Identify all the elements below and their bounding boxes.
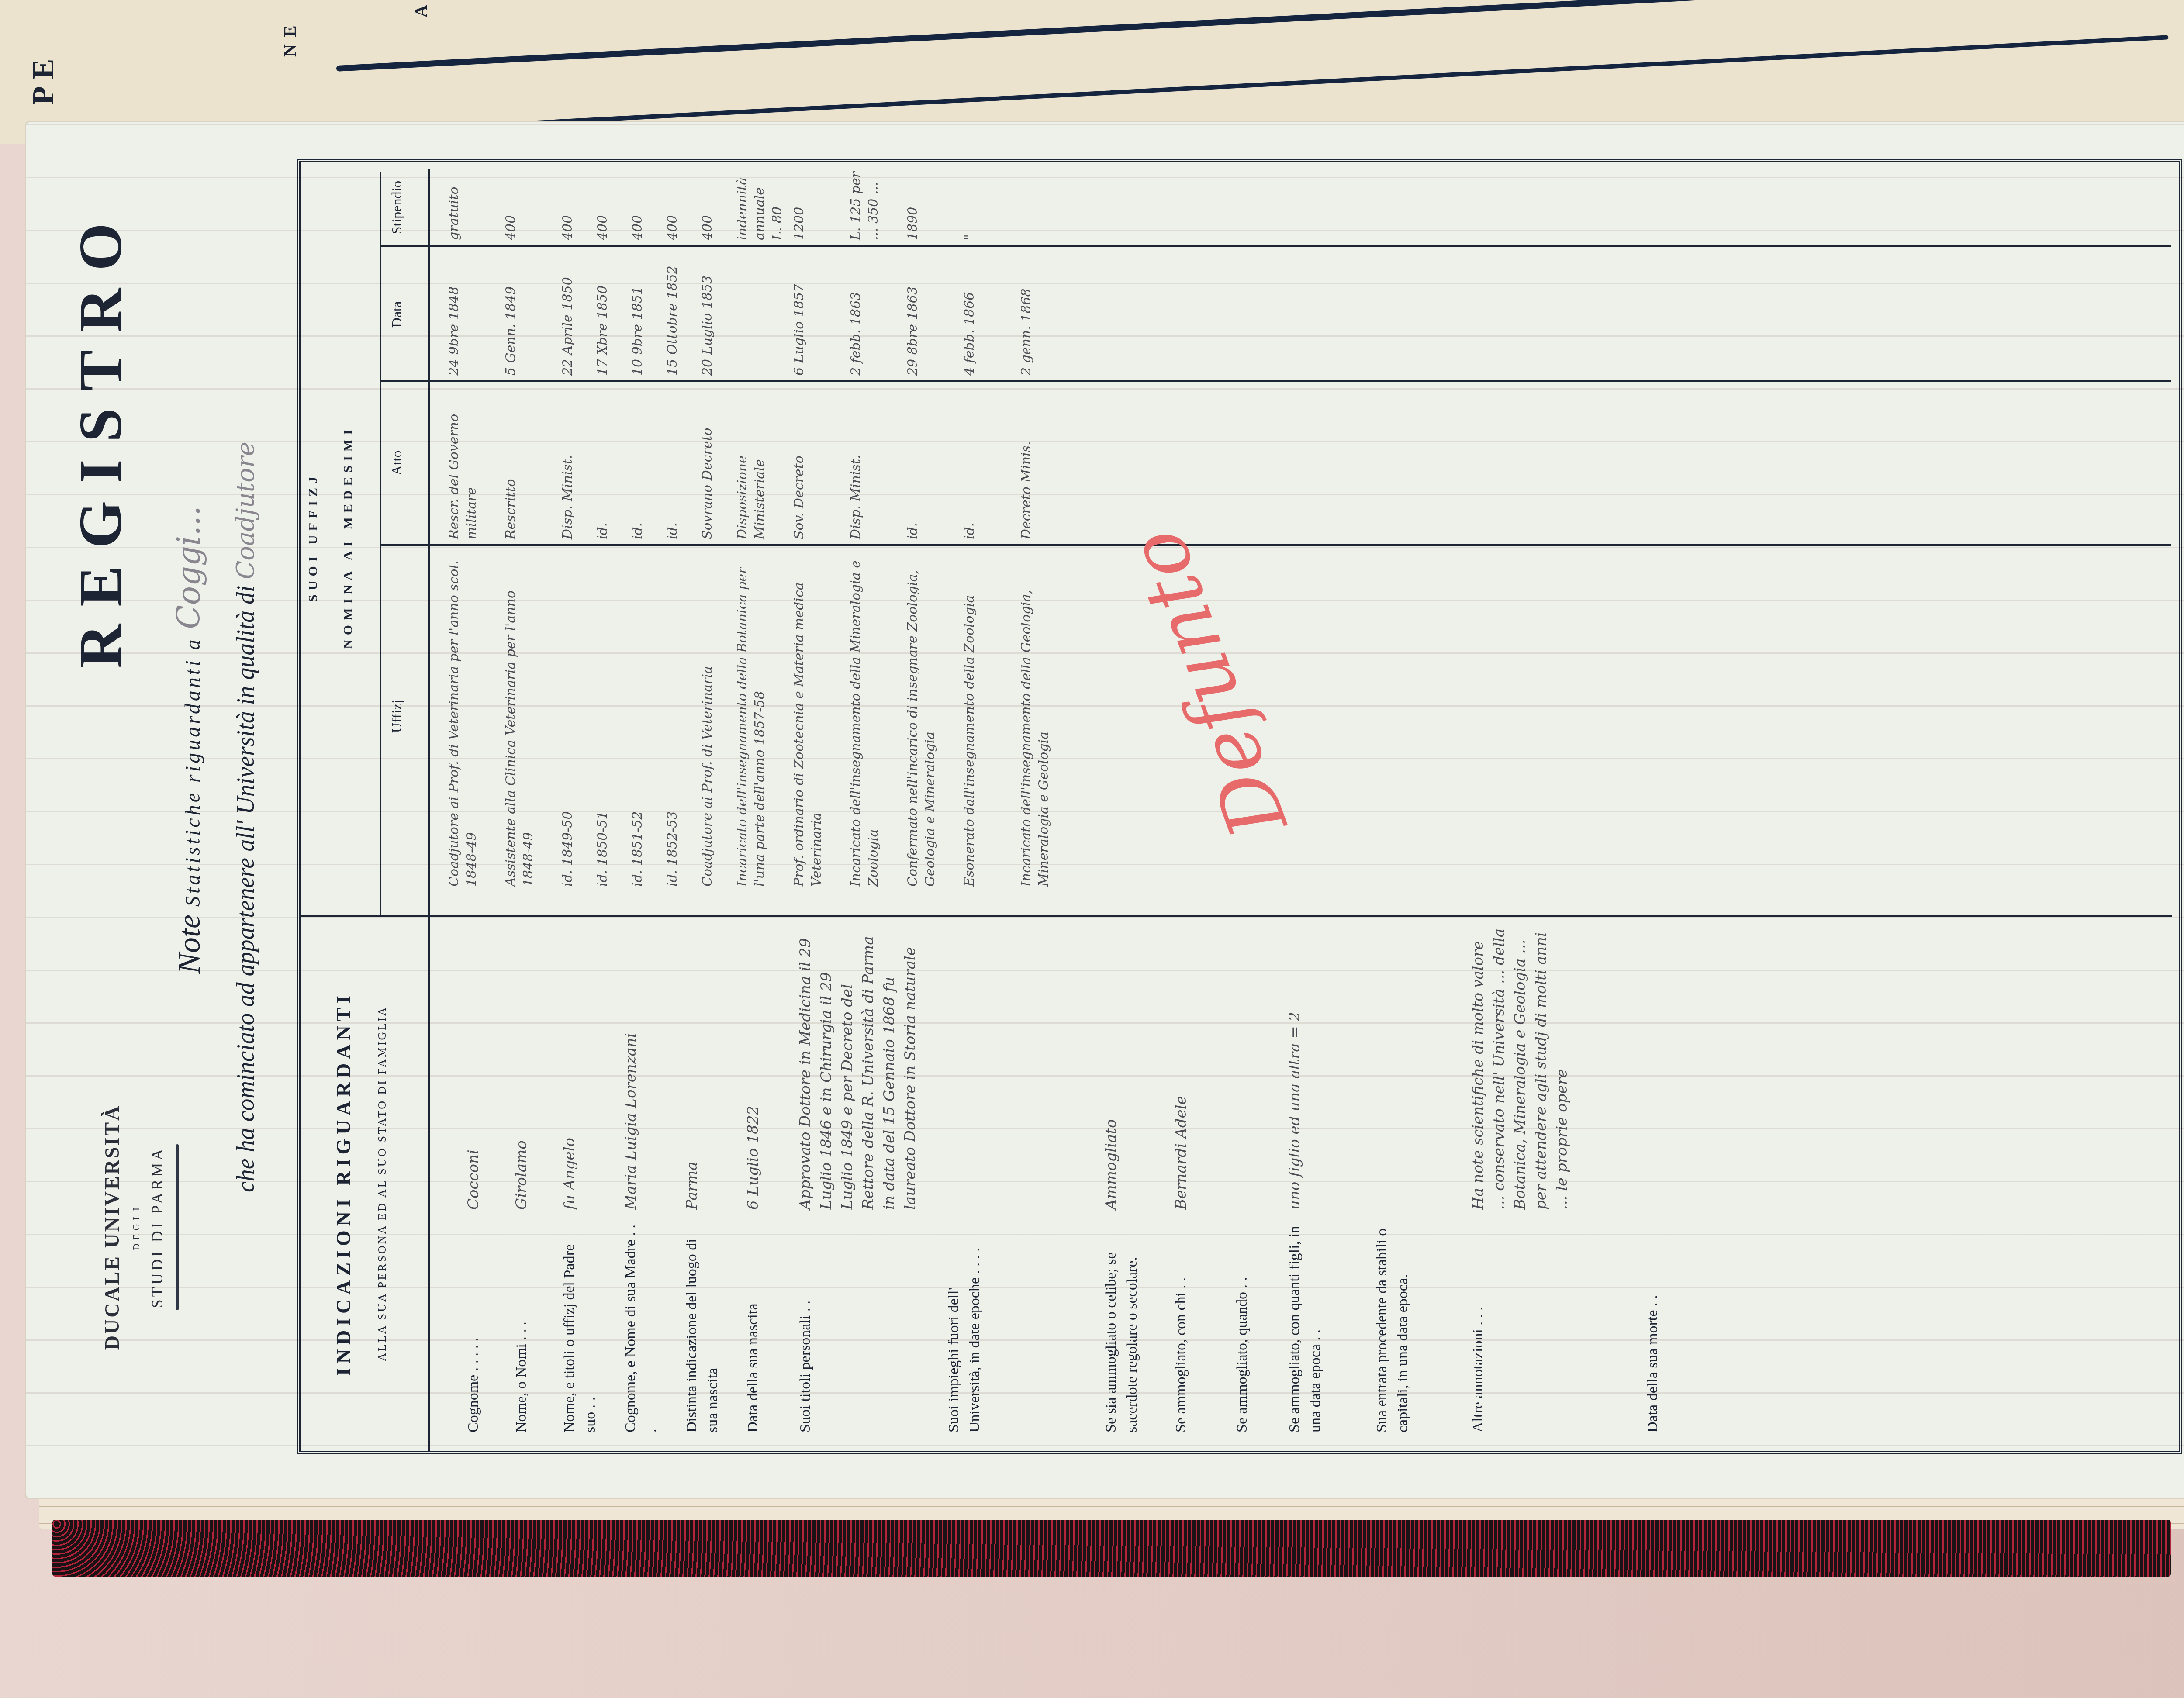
column-data: Data	[389, 249, 405, 380]
personal-field-label: Nome, e titoli o uffizj del Padre suo . …	[559, 1223, 601, 1432]
appointment-date: 10 9bre 1851	[629, 249, 646, 376]
personal-field-value: Cocconi	[463, 926, 484, 1210]
appointment-office: Assistente alla Clinica Veterinaria per …	[502, 555, 537, 887]
col-rule	[380, 544, 2171, 546]
institution-line3: STUDI DI PARMA	[148, 1009, 166, 1446]
personal-field-label: Data della sua morte . .	[1642, 1223, 1663, 1432]
facing-rule	[336, 0, 2169, 72]
appointment-act: id.	[664, 387, 681, 539]
appointment-salary: 400	[699, 170, 716, 240]
facing-title-fragment: PE	[26, 52, 61, 105]
personal-field-value: Approvato Dottore in Medicina il 29 Lugl…	[795, 926, 921, 1210]
personal-field-value: Girolamo	[511, 926, 532, 1210]
personal-field-label: Suoi titoli personali . .	[795, 1223, 816, 1432]
register-title: REGISTRO	[66, 206, 136, 668]
appointment-salary: L. 125 per ... 350 ...	[847, 170, 882, 240]
appointment-act: Decreto Minis.	[1018, 387, 1035, 539]
personal-field-label: Sua entrata procedente da stabili o capi…	[1372, 1223, 1413, 1432]
personal-field-label: Distinta indicazione del luogo di sua na…	[681, 1223, 723, 1432]
appointment-office: Prof. ordinario di Zootecnia e Materia m…	[791, 555, 826, 887]
appointment-act: Rescr. del Governo militare	[446, 387, 480, 539]
appointment-date: 5 Genn. 1849	[502, 249, 520, 376]
personal-field-value: Maria Luigia Lorenzani	[620, 926, 641, 1210]
col-head-rule	[380, 172, 381, 915]
appointment-act: Sovrano Decreto	[699, 387, 716, 539]
header-rule	[176, 1144, 179, 1310]
appointment-date: 2 genn. 1868	[1018, 249, 1035, 376]
institution-line2: DEGLI	[131, 1009, 142, 1446]
personal-field-label: Data della sua nascita	[743, 1223, 764, 1432]
column-stipendio: Stipendio	[389, 170, 405, 245]
appointment-date: 15 Ottobre 1852	[664, 249, 681, 376]
appointment-act: Disp. Minist.	[847, 387, 865, 539]
personal-field-value: uno figlio ed una altra = 2	[1284, 926, 1305, 1210]
facing-column-fragment: A	[411, 0, 431, 17]
appointment-salary: 1200	[791, 170, 808, 240]
personal-field-value: Ha note scientifiche di molto valore ...…	[1468, 926, 1572, 1210]
appointment-salary: 1890	[904, 170, 922, 240]
section-divider	[301, 915, 2172, 917]
appointment-office: Coadjutore ai Prof. di Veterinaria	[699, 555, 716, 887]
personal-field-label: Cognome . . . . .	[463, 1223, 484, 1432]
facing-rule	[336, 35, 2169, 135]
subtitle-rest: Statistiche riguardanti a	[181, 637, 204, 907]
personal-field-label: Nome, o Nomi . . .	[511, 1223, 532, 1432]
personal-field-value: fu Angelo	[559, 926, 580, 1210]
personal-field-label: Cognome, e Nome di sua Madre . . .	[620, 1223, 662, 1432]
appointment-salary: "	[961, 170, 978, 240]
appointment-office: Confermato nell'incarico di insegnare Zo…	[904, 555, 939, 887]
column-atto: Atto	[389, 384, 405, 542]
appointment-office: Incaricato dell'insegnamento della Miner…	[847, 555, 882, 887]
col-rule	[380, 380, 2171, 382]
column-uffizj: Uffizj	[389, 546, 405, 887]
personal-section-title: INDICAZIONI RIGUARDANTI	[332, 930, 355, 1437]
subtitle-main: Note	[172, 915, 207, 974]
subtitle-handwritten: Coggi...	[170, 506, 207, 629]
register-sheet: DUCALE UNIVERSITÀ DEGLI STUDI DI PARMA R…	[26, 122, 2184, 1498]
personal-field-label: Se ammogliato, con quanti figli, in una …	[1284, 1223, 1326, 1432]
appointment-act: id.	[629, 387, 646, 539]
appointment-salary: 400	[559, 170, 577, 240]
offices-section-title: SUOI UFFIZJ	[306, 188, 321, 887]
personal-field-label: Altre annotazioni . . .	[1468, 1223, 1489, 1432]
appointment-act: Sov. Decreto	[791, 387, 808, 539]
personal-field-value: Parma	[681, 926, 702, 1210]
register-subtitle: Note Statistiche riguardanti a Coggi...	[170, 506, 207, 974]
appointment-date: 17 Xbre 1850	[594, 249, 612, 376]
appointment-office: Incaricato dell'insegnamento della Botan…	[734, 555, 769, 887]
personal-field-label: Suoi impieghi fuori dell' Università, in…	[943, 1223, 985, 1432]
register-page: DUCALE UNIVERSITÀ DEGLI STUDI DI PARMA R…	[26, 122, 2184, 1498]
appointment-act: id.	[594, 387, 612, 539]
appointment-act: Disposizione Ministeriale	[734, 387, 769, 539]
appointment-date: 20 Luglio 1853	[699, 249, 716, 376]
register-subtitle-line2: che ha cominciato ad appartenere all' Un…	[232, 442, 260, 1192]
appointment-office: id. 1849-50	[559, 555, 577, 887]
personal-field-label: Se ammogliato, con chi . .	[1171, 1223, 1192, 1432]
appointment-office: id. 1852-53	[664, 555, 681, 887]
appointment-salary: indennità annuale L. 80	[734, 170, 786, 240]
appointment-salary: 400	[629, 170, 646, 240]
appointment-date: 29 8bre 1863	[904, 249, 922, 376]
appointment-date: 2 febb. 1863	[847, 249, 865, 376]
appointment-act: id.	[904, 387, 922, 539]
appointment-date: 24 9bre 1848	[446, 249, 463, 376]
appointment-office: Incaricato dell'insegnamento della Geolo…	[1018, 555, 1053, 887]
appointment-act: id.	[961, 387, 978, 539]
appointment-salary: 400	[594, 170, 612, 240]
appointment-salary: 400	[664, 170, 681, 240]
personal-field-value: 6 Luglio 1822	[743, 926, 764, 1210]
institution-header: DUCALE UNIVERSITÀ DEGLI STUDI DI PARMA	[100, 1009, 179, 1446]
appointment-salary: 400	[502, 170, 520, 240]
col-rule	[380, 245, 2171, 247]
personal-section-subtitle: ALLA SUA PERSONA ED AL SUO STATO DI FAMI…	[376, 930, 389, 1437]
personal-field-value: Bernardi Adele	[1171, 926, 1192, 1210]
appointment-act: Disp. Minist.	[559, 387, 577, 539]
appointment-office: id. 1850-51	[594, 555, 612, 887]
subtitle-line2-handwritten: Coadjutore	[232, 442, 260, 579]
header-band-rule	[428, 169, 430, 1451]
appointment-date: 22 Aprile 1850	[559, 249, 577, 376]
appointment-office: Esonerato dall'insegnamento della Zoolog…	[961, 555, 978, 887]
appointments-section-title: NOMINA AI MEDESIMI	[341, 188, 356, 887]
appointment-office: Coadjutore ai Prof. di Veterinaria per l…	[446, 555, 480, 887]
institution-line1: DUCALE UNIVERSITÀ	[100, 1009, 124, 1446]
personal-field-value: Ammogliato	[1101, 926, 1122, 1210]
personal-field-label: Se ammogliato, quando . .	[1232, 1223, 1253, 1432]
appointment-office: id. 1851-52	[629, 555, 646, 887]
appointment-date: 6 Luglio 1857	[791, 249, 808, 376]
appointment-date: 4 febb. 1866	[961, 249, 978, 376]
personal-field-label: Se sia ammogliato o celibe; se sacerdote…	[1101, 1223, 1143, 1432]
book-binding	[52, 1520, 2171, 1577]
facing-header-fragment: NE	[280, 18, 300, 57]
subtitle-line2-text: che ha cominciato ad appartenere all' Un…	[232, 586, 259, 1192]
appointment-act: Rescritto	[502, 387, 520, 539]
appointment-salary: gratuito	[446, 170, 463, 240]
